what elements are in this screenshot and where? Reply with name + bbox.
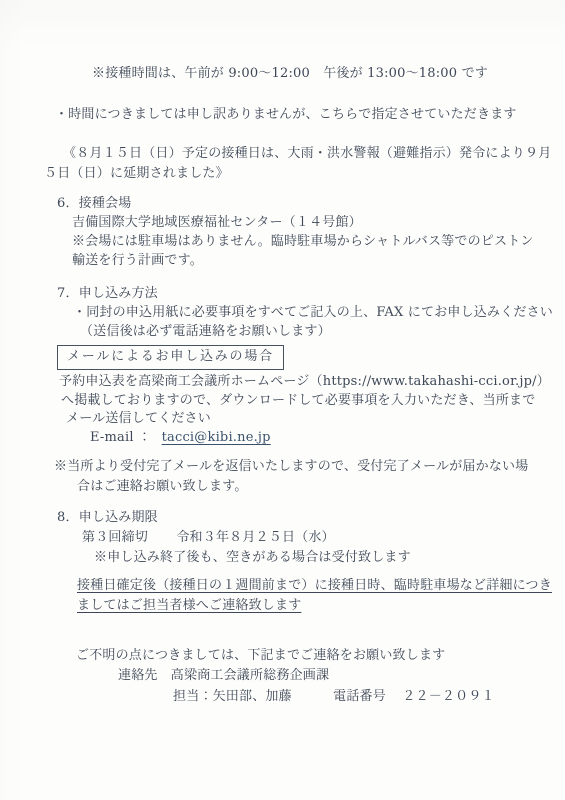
- venue-name: 吉備国際大学地域医療福祉センター（１４号館）: [72, 215, 362, 231]
- contact-intro: ご不明の点につきましては、下記までご連絡をお願い致します: [76, 648, 445, 664]
- email-instruction-line1: 予約申込表を高梁商工会議所ホームページ（https://www.takahash…: [59, 374, 550, 390]
- time-apology-note: ・時間につきましては申し訳ありませんが、こちらで指定させていただきます: [55, 107, 517, 123]
- parking-note-line2: 輸送を行う計画です。: [72, 253, 203, 269]
- reply-note-line1: ※当所より受付完了メールを返信いたしますので、受付完了メールが届かない場: [54, 459, 528, 475]
- email-instruction-line3: メール送信してください: [66, 411, 211, 427]
- contact-line: 担当：矢田部、加藤 電話番号 ２２－２０９１: [173, 689, 495, 705]
- deadline-note: ※申し込み終了後も、空きがある場合は受付致します: [94, 550, 411, 566]
- contact-department: 連絡先 高梁商工会議所総務企画課: [118, 668, 329, 684]
- phone-label: 電話番号: [333, 689, 386, 704]
- confirmation-notice-line2: ましてはご担当者様へご連絡致します: [77, 598, 301, 614]
- deadline-date: 令和３年８月２５日（水）: [176, 530, 334, 545]
- section6-heading: 6．接種会場: [57, 196, 131, 212]
- deadline-label: 第３回締切: [82, 530, 148, 545]
- fax-instruction-line2: （送信後は必ず電話連絡をお願いします）: [80, 324, 331, 340]
- contact-person: 担当：矢田部、加藤: [173, 689, 292, 704]
- email-address: tacci@kibi.ne.jp: [162, 430, 271, 445]
- postponement-notice-line2: ５日（日）に延期されました》: [44, 166, 229, 182]
- vaccination-time-note: ※接種時間は、午前が 9:00～12:00 午後が 13:00～18:00 です: [92, 66, 488, 82]
- email-application-box: メールによるお申し込みの場合: [57, 345, 284, 370]
- reply-note-line2: 合はご連絡お願い致します。: [77, 479, 248, 495]
- email-instruction-line2: へ掲載しておりますので、ダウンロードして必要事項を入力いただき、当所まで: [61, 393, 535, 409]
- postponement-notice-line1: 《８月１５日（日）予定の接種日は、大雨・洪水警報（避難指示）発令により９月: [63, 146, 551, 162]
- document-page: ※接種時間は、午前が 9:00～12:00 午後が 13:00～18:00 です…: [0, 0, 565, 800]
- confirmation-notice-line1: 接種日確定後（接種日の１週間前まで）に接種日時、臨時駐車場など詳細につき: [77, 578, 552, 594]
- section8-heading: 8．申し込み期限: [57, 510, 158, 526]
- section7-heading: 7．申し込み方法: [57, 286, 158, 302]
- email-line: E-mail ： tacci@kibi.ne.jp: [90, 430, 271, 446]
- deadline-line: 第３回締切 令和３年８月２５日（水）: [82, 530, 335, 546]
- phone-number: ２２－２０９１: [402, 689, 494, 704]
- fax-instruction-line1: ・同封の申込用紙に必要事項をすべてご記入の上、FAX にてお申し込みください: [73, 305, 553, 321]
- email-label: E-mail ：: [90, 430, 151, 445]
- parking-note-line1: ※会場には駐車場はありません。臨時駐車場からシャトルバス等でのピストン: [72, 234, 534, 250]
